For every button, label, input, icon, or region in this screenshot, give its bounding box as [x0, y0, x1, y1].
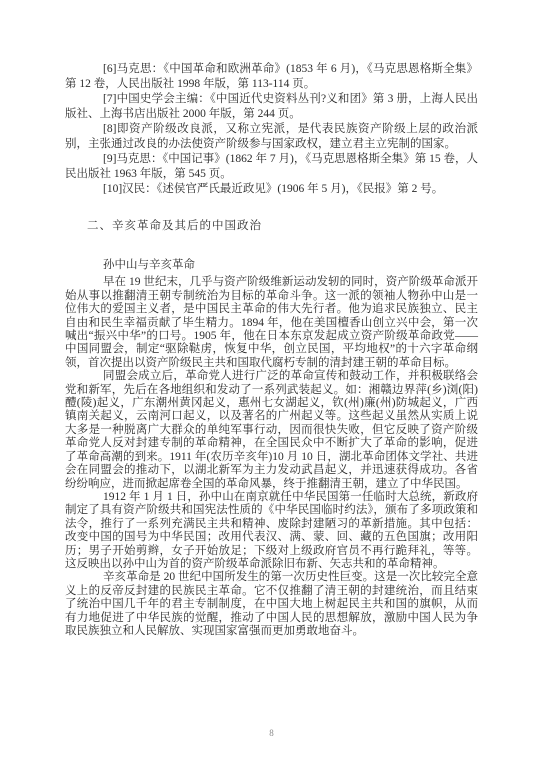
- footnote-10: [10]汉民：《述侯官严氏最近政见》(1906 年 5 月)，《民报》第 2 号…: [65, 182, 478, 197]
- page-number: 8: [0, 728, 543, 738]
- body-text: 早在 19 世纪末，几乎与资产阶级维新运动发轫的同时，资产阶级革命派开始从事以推…: [65, 276, 478, 638]
- footnote-9: [9]马克思：《中国记事》(1862 年 7 月)，《马克思恩格斯全集》第 15…: [65, 152, 478, 182]
- paragraph-2: 同盟会成立后，革命党人进行广泛的革命宣传和鼓动工作，并积极联络会党和新军，先后在…: [65, 370, 478, 491]
- section-heading: 二、辛亥革命及其后的中国政治: [65, 219, 478, 234]
- footnote-8: [8]即资产阶级改良派，又称立宪派，是代表民族资产阶级上层的政治派别，主张通过改…: [65, 122, 478, 152]
- subsection-heading: 孙中山与辛亥革命: [65, 259, 478, 272]
- footnote-6: [6]马克思：《中国革命和欧洲革命》(1853 年 6 月)，《马克思恩格斯全集…: [65, 62, 478, 92]
- footnote-7: [7]中国史学会主编：《中国近代史资料丛刊?义和团》第 3 册，上海人民出版社、…: [65, 92, 478, 122]
- paragraph-4: 辛亥革命是 20 世纪中国所发生的第一次历史性巨变。这是一次比较完全意义上的反帝…: [65, 571, 478, 638]
- footnotes-section: [6]马克思：《中国革命和欧洲革命》(1853 年 6 月)，《马克思恩格斯全集…: [65, 62, 478, 197]
- paragraph-3: 1912 年 1 月 1 日，孙中山在南京就任中华民国第一任临时大总统，新政府制…: [65, 491, 478, 571]
- paragraph-1: 早在 19 世纪末，几乎与资产阶级维新运动发轫的同时，资产阶级革命派开始从事以推…: [65, 276, 478, 370]
- document-page: [6]马克思：《中国革命和欧洲革命》(1853 年 6 月)，《马克思恩格斯全集…: [0, 0, 543, 768]
